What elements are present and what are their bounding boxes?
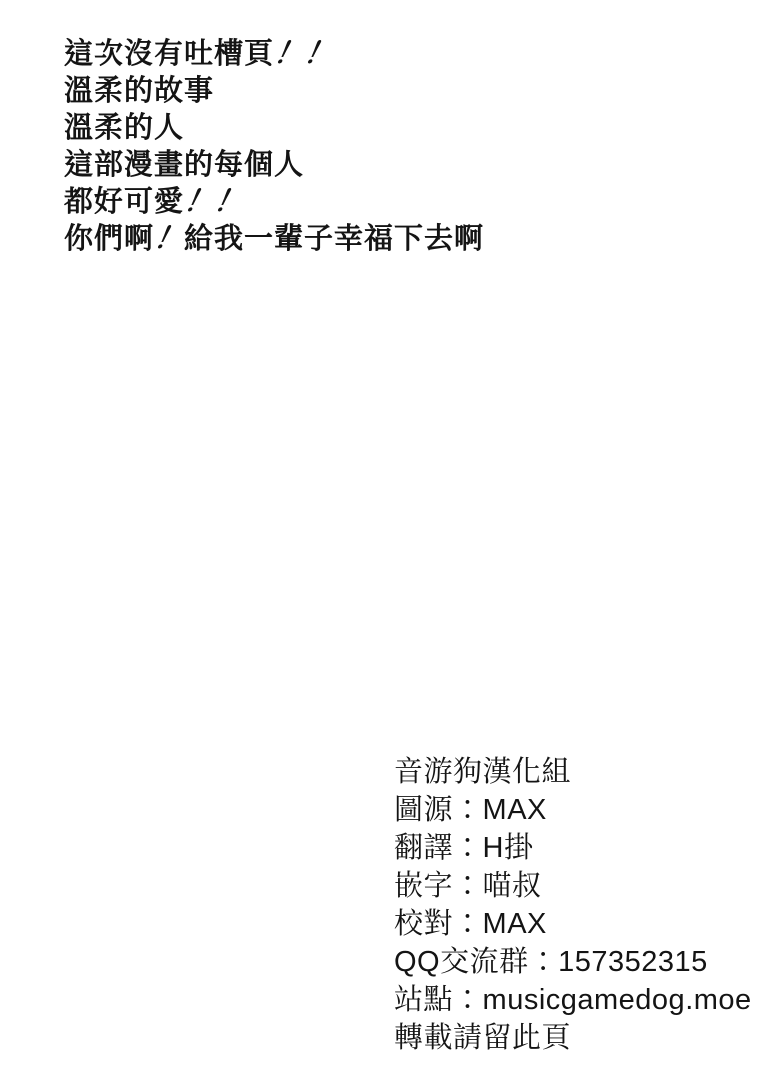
afterword-line-text: 你們啊 xyxy=(64,223,154,255)
credit-separator: ： xyxy=(453,794,483,826)
afterword-line-text: 給我一輩子幸福下去啊 xyxy=(184,223,484,255)
afterword-line: 這部漫畫的每個人 xyxy=(64,147,484,184)
afterword-line-text: 都好可愛 xyxy=(64,186,184,218)
credit-value: MAX xyxy=(483,908,547,940)
credit-value: musicgamedog.moe xyxy=(483,984,752,1016)
credit-value: H掛 xyxy=(483,832,534,864)
exclamation-marks: ！！ xyxy=(180,184,248,221)
exclamation-mark: ！ xyxy=(150,221,188,258)
afterword-text-block: 這次沒有吐槽頁！！ 溫柔的故事 溫柔的人 這部漫畫的每個人 都好可愛！！ 你們啊… xyxy=(64,36,484,258)
credit-value: 157352315 xyxy=(558,946,708,978)
credit-label: 嵌字 xyxy=(394,870,453,902)
credit-row-qq-group: QQ交流群：157352315 xyxy=(394,943,752,981)
repost-notice: 轉載請留此頁 xyxy=(394,1019,752,1057)
group-name: 音游狗漢化組 xyxy=(394,753,752,791)
afterword-line-text: 溫柔的人 xyxy=(64,112,184,144)
afterword-line: 你們啊！給我一輩子幸福下去啊 xyxy=(64,221,484,258)
credit-label: 翻譯 xyxy=(394,832,453,864)
credit-row-source: 圖源：MAX xyxy=(394,791,752,829)
credit-separator: ： xyxy=(529,946,559,978)
credit-row-typesetting: 嵌字：喵叔 xyxy=(394,867,752,905)
credit-label: 站點 xyxy=(394,984,453,1016)
afterword-line: 溫柔的故事 xyxy=(64,73,484,110)
credit-value: 喵叔 xyxy=(483,870,542,902)
afterword-line-text: 這次沒有吐槽頁 xyxy=(64,38,274,70)
credit-row-proofreading: 校對：MAX xyxy=(394,905,752,943)
credit-separator: ： xyxy=(453,908,483,940)
credit-label: 校對 xyxy=(394,908,453,940)
credit-separator: ： xyxy=(453,870,483,902)
afterword-line: 都好可愛！！ xyxy=(64,184,484,221)
afterword-line-text: 這部漫畫的每個人 xyxy=(64,149,304,181)
credits-block: 音游狗漢化組 圖源：MAX 翻譯：H掛 嵌字：喵叔 校對：MAX QQ交流群：1… xyxy=(394,753,752,1057)
exclamation-marks: ！！ xyxy=(270,36,338,73)
credit-label: 圖源 xyxy=(394,794,453,826)
afterword-line: 這次沒有吐槽頁！！ xyxy=(64,36,484,73)
credit-label: QQ交流群 xyxy=(394,946,529,978)
afterword-line: 溫柔的人 xyxy=(64,110,484,147)
credit-separator: ： xyxy=(453,832,483,864)
credit-value: MAX xyxy=(483,794,547,826)
credit-row-translation: 翻譯：H掛 xyxy=(394,829,752,867)
credits-page: 這次沒有吐槽頁！！ 溫柔的故事 溫柔的人 這部漫畫的每個人 都好可愛！！ 你們啊… xyxy=(0,0,759,1086)
afterword-line-text: 溫柔的故事 xyxy=(64,75,214,107)
credit-row-website: 站點：musicgamedog.moe xyxy=(394,981,752,1019)
credit-separator: ： xyxy=(453,984,483,1016)
